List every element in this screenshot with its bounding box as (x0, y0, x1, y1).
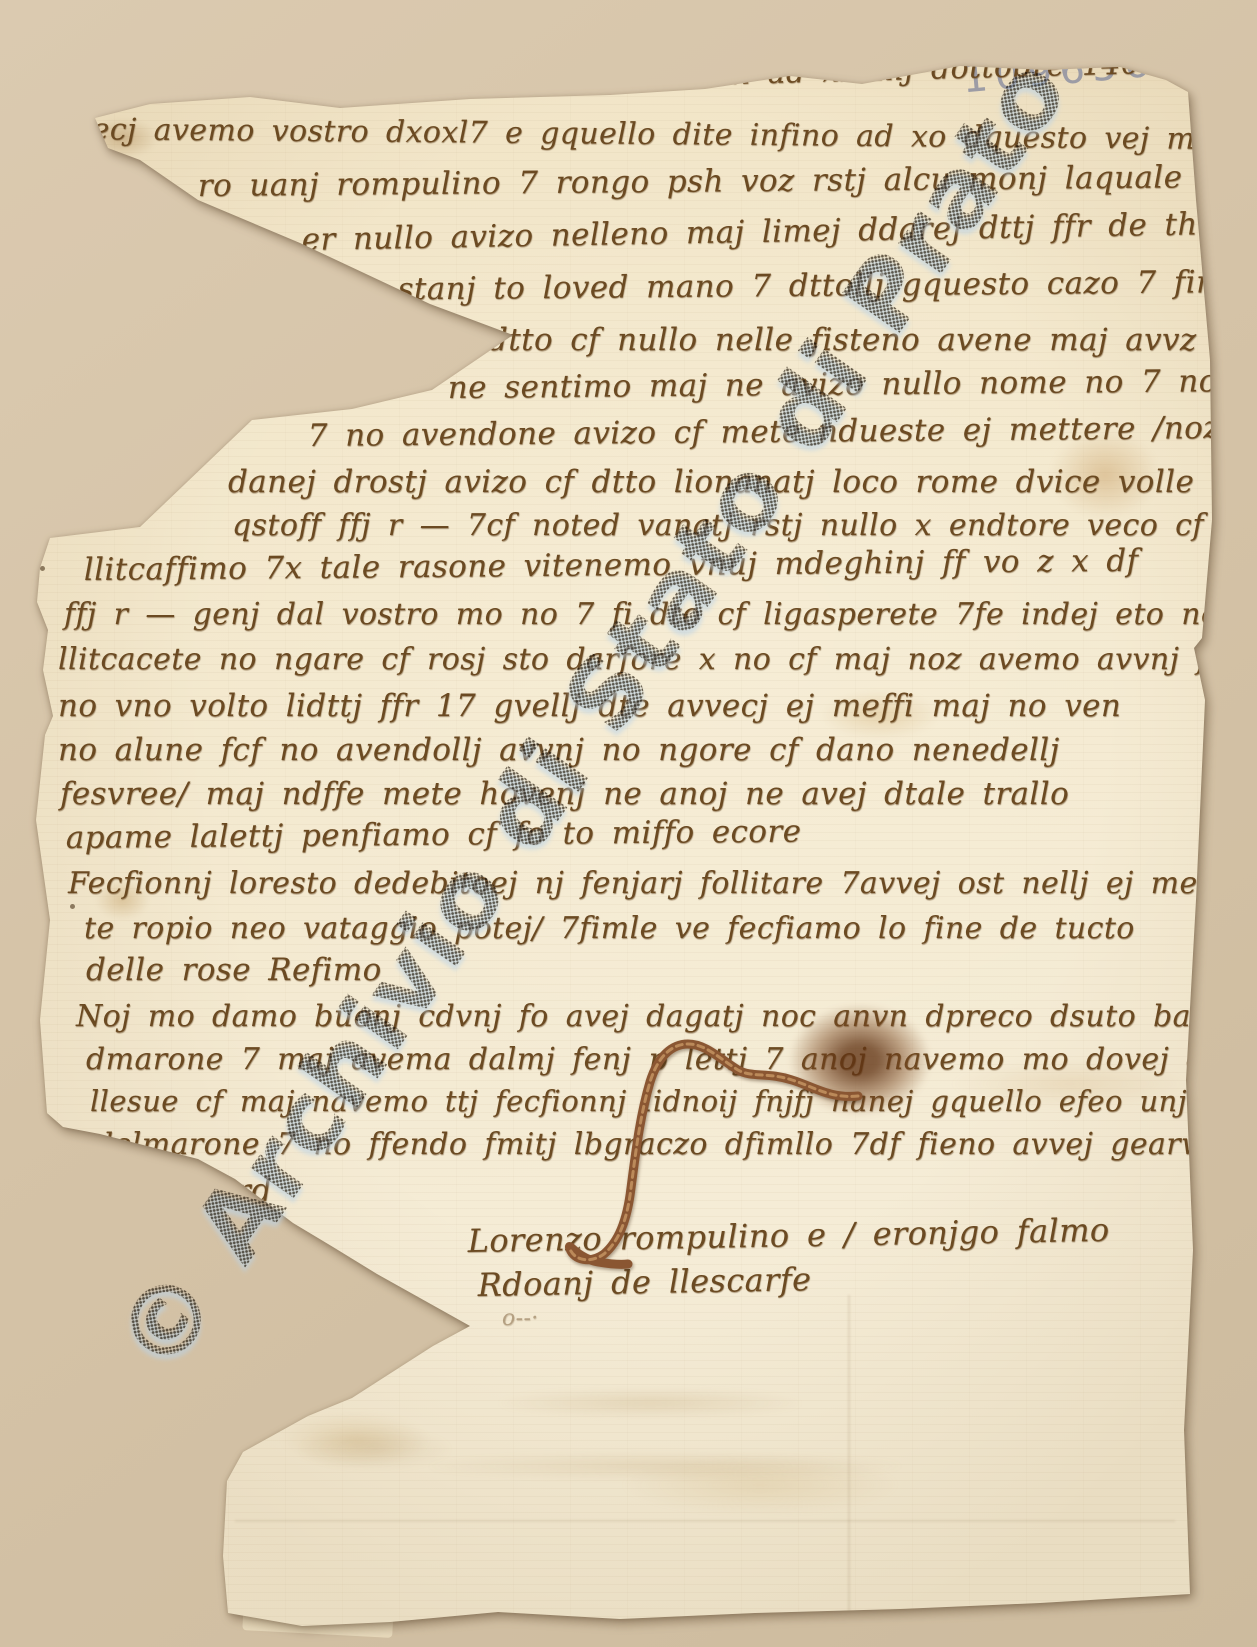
binding-string-cord (569, 1044, 858, 1264)
binding-string (0, 0, 1257, 1647)
letter-paper: 109656 + Al nome ddio amen ad xxviiij do… (0, 0, 1257, 1647)
binding-string-highlight (570, 1044, 858, 1260)
paper-shadow: 109656 + Al nome ddio amen ad xxviiij do… (0, 0, 1257, 1647)
scan-backdrop: 109656 + Al nome ddio amen ad xxviiij do… (0, 0, 1257, 1647)
